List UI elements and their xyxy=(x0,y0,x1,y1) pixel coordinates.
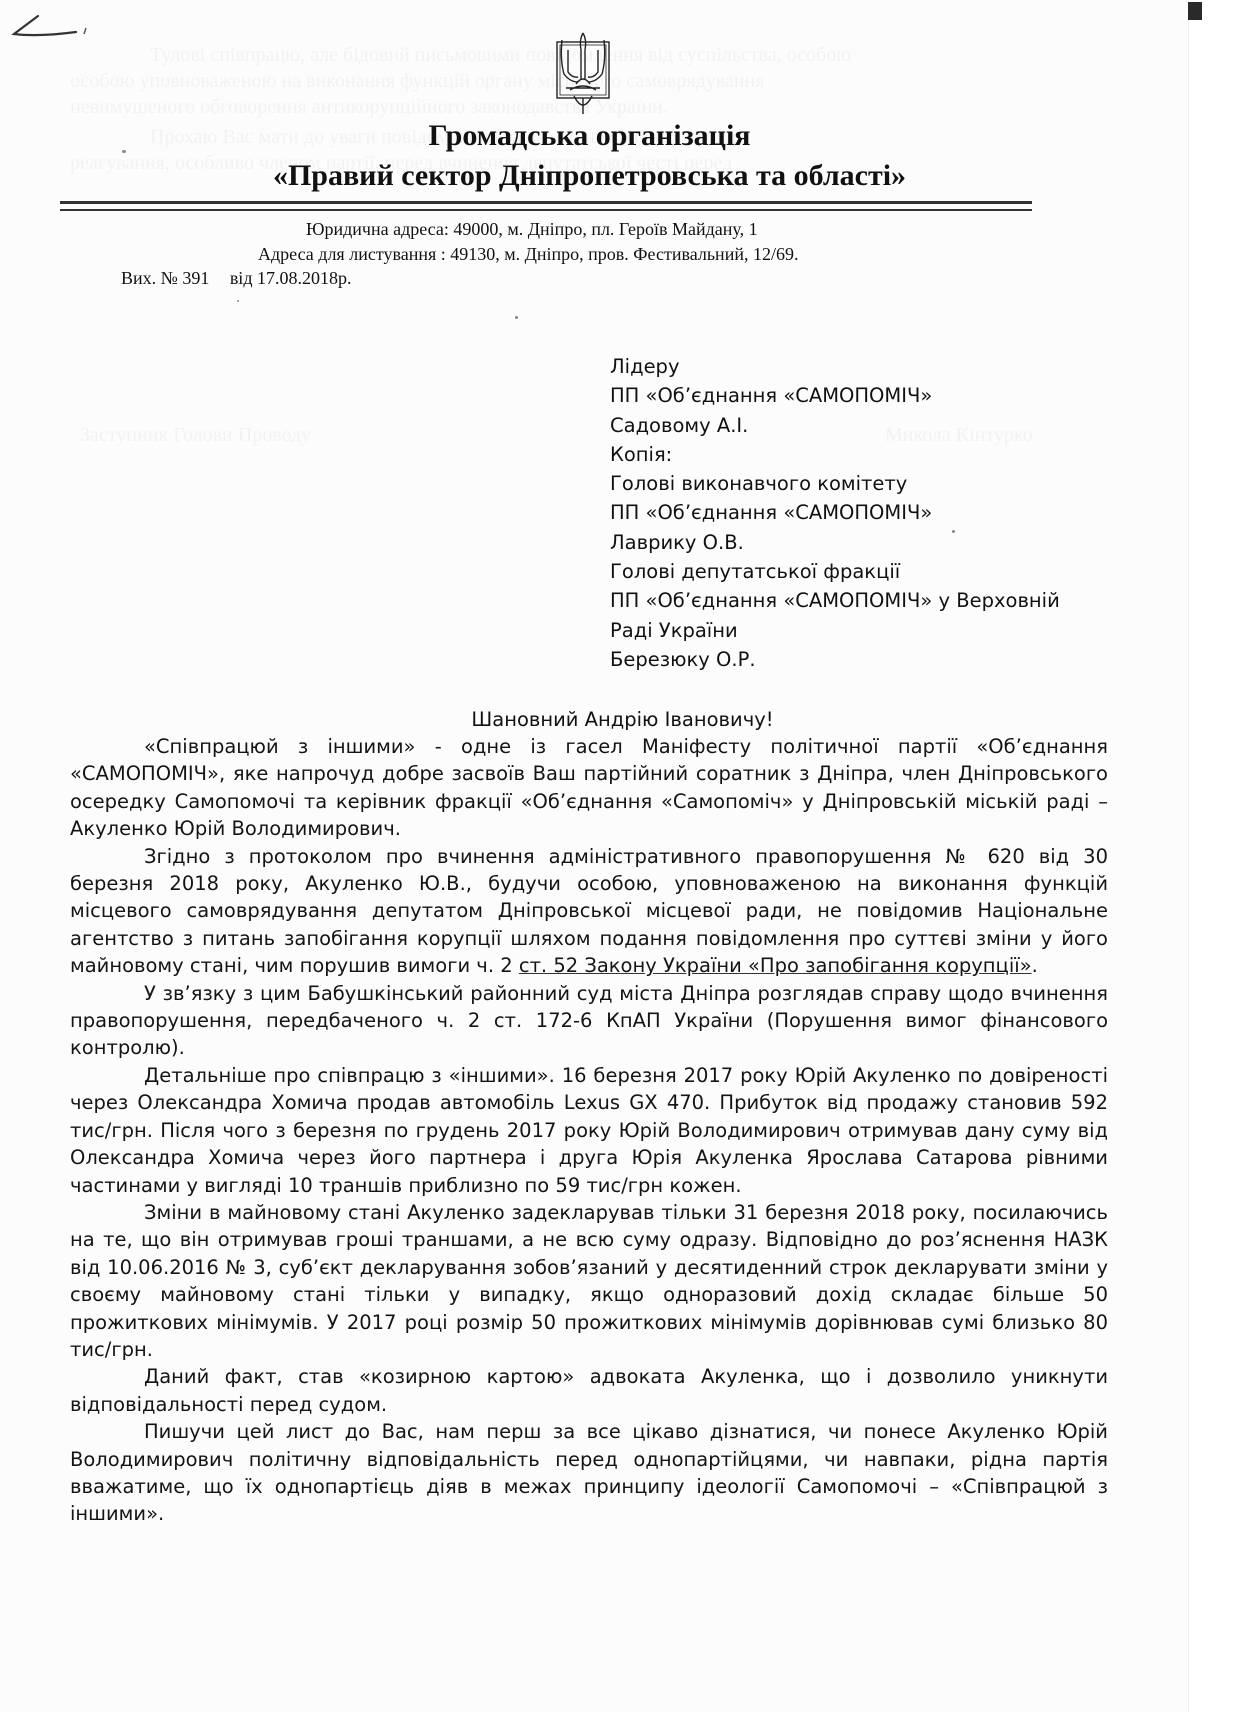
recipient-line: ПП «Об’єднання «САМОПОМІЧ» у Верховній xyxy=(610,586,1060,615)
organization-full-name: «Правий сектор Дніпропетровська та облас… xyxy=(0,158,1207,194)
show-through-text: Тулові співпрацю, але бідовий письмовими… xyxy=(150,44,851,67)
recipient-line: Садовому А.І. xyxy=(610,411,1060,440)
outgoing-number: Вих. № 391 xyxy=(121,268,209,288)
scanned-letter-page: Тулові співпрацю, але бідовий письмовими… xyxy=(0,0,1235,1712)
body-text-span: . xyxy=(1032,954,1038,977)
body-paragraph: Згідно з протоколом про вчинення адмініс… xyxy=(70,843,1108,980)
outgoing-reference: Вих. № 391 від 17.08.2018р. xyxy=(121,268,351,289)
letterhead-divider xyxy=(60,201,1032,204)
body-paragraph: Даний факт, став «козирною картою» адвок… xyxy=(70,1363,1108,1418)
body-paragraph: Детальніше про співпрацю з «іншими». 16 … xyxy=(70,1062,1108,1199)
mailing-address: Адреса для листування : 49130, м. Дніпро… xyxy=(258,243,798,265)
letter-body: «Співпрацюй з іншими» - одне із гасел Ма… xyxy=(70,733,1108,1528)
recipient-line: Копія: xyxy=(610,440,1060,469)
scan-speck xyxy=(515,316,518,319)
handwritten-mark-icon xyxy=(8,10,88,40)
body-paragraph: Пишучи цей лист до Вас, нам перш за все … xyxy=(70,1418,1108,1528)
legal-address: Юридична адреса: 49000, м. Дніпро, пл. Г… xyxy=(306,218,758,240)
recipient-line: Березюку О.Р. xyxy=(610,645,1060,674)
salutation: Шановний Андрію Івановичу! xyxy=(0,706,1235,733)
scan-corner-mark xyxy=(1188,2,1202,20)
trident-coat-of-arms-icon xyxy=(556,30,610,116)
show-through-text: Заступник Голови Проводу xyxy=(80,424,311,447)
letterhead-divider xyxy=(60,209,1032,211)
recipient-line: Раді України xyxy=(610,616,1060,645)
recipient-line: Голові виконавчого комітету xyxy=(610,469,1060,498)
body-paragraph: Зміни в майновому стані Акуленко задекла… xyxy=(70,1199,1108,1363)
recipient-line: Лаврику О.В. xyxy=(610,528,1060,557)
law-reference-link[interactable]: ст. 52 Закону України «Про запобігання к… xyxy=(519,954,1032,977)
recipient-line: Голові депутатської фракції xyxy=(610,557,1060,586)
recipient-line: Лідеру xyxy=(610,352,1060,381)
recipient-line: ПП «Об’єднання «САМОПОМІЧ» xyxy=(610,381,1060,410)
show-through-text: особою уповноваженою на виконання функці… xyxy=(70,70,765,93)
scan-margin xyxy=(1188,0,1235,1712)
recipient-line: ПП «Об’єднання «САМОПОМІЧ» xyxy=(610,498,1060,527)
body-paragraph: «Співпрацюй з іншими» - одне із гасел Ма… xyxy=(70,733,1108,843)
organization-name: Громадська організація xyxy=(0,118,1207,154)
recipient-block: Лідеру ПП «Об’єднання «САМОПОМІЧ» Садово… xyxy=(610,352,1060,674)
outgoing-date: від 17.08.2018р. xyxy=(230,268,352,288)
body-paragraph: У зв’язку з цим Бабушкінський районний с… xyxy=(70,980,1108,1062)
scan-speck xyxy=(237,300,239,302)
